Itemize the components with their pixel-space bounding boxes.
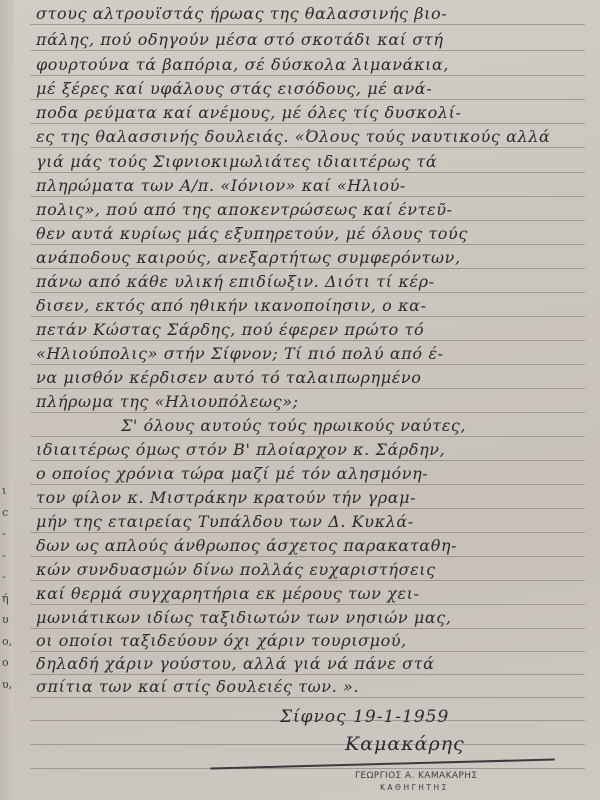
text-line: οι οποίοι ταξιδεύουν όχι χάριν τουρισμού… — [36, 631, 581, 650]
rule-line — [30, 24, 585, 25]
rule-line — [30, 220, 585, 221]
margin-fragment: ο — [2, 652, 14, 674]
rule-line — [30, 75, 585, 76]
text-line: «Ηλιούπολις» στήν Σίφνον; Τί πιό πολύ απ… — [36, 344, 581, 363]
text-line: τον φίλον κ. Μιστράκην κρατούν τήν γραμ- — [36, 488, 581, 507]
text-line: σπίτια των καί στίς δουλειές των. ». — [36, 677, 581, 696]
text-line: ιδιαιτέρως όμως στόν Β' πλοίαρχον κ. Σάρ… — [36, 440, 581, 459]
text-line: δων ως απλούς άνθρωπος άσχετος παρακαταθ… — [36, 536, 581, 555]
text-line: δισεν, εκτός από ηθικήν ικανοποίησιν, ο … — [36, 296, 581, 315]
margin-fragment: c — [2, 502, 14, 524]
margin-fragment: υ, — [2, 674, 14, 696]
rule-line — [30, 744, 585, 745]
handwritten-signature: Καμακάρης — [345, 733, 465, 755]
rule-line — [30, 268, 585, 269]
rule-line — [30, 628, 585, 629]
text-line: μήν της εταιρείας Τυπάλδου των Δ. Κυκλά- — [36, 512, 581, 531]
text-line: θεν αυτά κυρίως μάς εξυπηρετούν, μέ όλου… — [36, 224, 581, 243]
rule-line — [30, 580, 585, 581]
margin-fragment: - — [2, 566, 14, 588]
text-line: μέ ξέρες καί υφάλους στάς εισόδους, μέ α… — [36, 79, 581, 98]
rule-line — [30, 244, 585, 245]
rule-line — [30, 436, 585, 437]
printed-stamp-name: ΓΕΩΡΓΙΟΣ Α. ΚΑΜΑΚΑΡΗΣ — [355, 771, 478, 781]
text-line: γιά μάς τούς Σιφνιοκιμωλιάτες ιδιαιτέρως… — [36, 152, 581, 171]
text-line: να μισθόν κέρδισεν αυτό τό ταλαιπωρημένο — [36, 368, 581, 387]
rule-line — [30, 697, 585, 698]
margin-fragment: ή — [2, 588, 14, 610]
margin-fragment: ο, — [2, 631, 14, 653]
text-line: μωνιάτικων ιδίως ταξιδιωτών των νησιών μ… — [36, 608, 581, 627]
text-line: δηλαδή χάριν γούστου, αλλά γιά νά πάνε σ… — [36, 654, 581, 673]
rule-line — [30, 768, 585, 769]
rule-line — [30, 460, 585, 461]
rule-line — [30, 532, 585, 533]
text-line: φουρτούνα τά βαπόρια, σέ δύσκολα λιμανάκ… — [36, 55, 581, 74]
rule-line — [30, 651, 585, 652]
rule-line — [30, 484, 585, 485]
text-line: πάνω από κάθε υλική επιδίωξιν. Διότι τί … — [36, 272, 581, 291]
text-line: πολις», πού από της αποκεντρώσεως καί έν… — [36, 200, 581, 219]
margin-fragment: ι — [2, 480, 14, 502]
rule-line — [30, 196, 585, 197]
rule-line — [30, 364, 585, 365]
rule-line — [30, 147, 585, 148]
text-line: πετάν Κώστας Σάρδης, πού έφερεν πρώτο τό — [36, 320, 581, 339]
text-line: ο οποίος χρόνια τώρα μαζί μέ τόν αλησμόν… — [36, 464, 581, 483]
margin-fragment: υ — [2, 609, 14, 631]
rule-line — [30, 316, 585, 317]
text-line: πάλης, πού οδηγούν μέσα στό σκοτάδι καί … — [36, 30, 581, 49]
rule-line — [30, 292, 585, 293]
text-line: ες της θαλασσινής δουλειάς. «Όλους τούς … — [36, 127, 581, 146]
rule-line — [30, 508, 585, 509]
text-line: πλήρωμα της «Ηλιουπόλεως»; — [36, 392, 581, 411]
printed-stamp-title: ΚΑΘΗΓΗΤΗΣ — [380, 783, 449, 792]
text-line: κών συνδυασμών δίνω πολλάς ευχαριστήσεις — [36, 560, 581, 579]
rule-line — [30, 123, 585, 124]
text-line: πληρώματα των Α/π. «Ιόνιον» καί «Ηλιού- — [36, 176, 581, 195]
rule-line — [30, 604, 585, 605]
text-line: ποδα ρεύματα καί ανέμους, μέ όλες τίς δυ… — [36, 103, 581, 122]
margin-fragment: - — [2, 523, 14, 545]
place-and-date: Σίφνος 19-1-1959 — [280, 707, 449, 727]
margin-fragment: - — [2, 545, 14, 567]
rule-line — [30, 674, 585, 675]
text-line: ανάποδους καιρούς, ανεξαρτήτως συμφερόντ… — [36, 248, 581, 267]
text-line: καί θερμά συγχαρητήρια εκ μέρους των χει… — [36, 584, 581, 603]
previous-page-text-fragments: ι c - - - ή υ ο, ο υ, — [2, 480, 14, 695]
paragraph-start-line: Σ' όλους αυτούς τούς ηρωικούς ναύτες, — [36, 416, 600, 435]
rule-line — [30, 556, 585, 557]
rule-line — [30, 172, 585, 173]
rule-line — [30, 99, 585, 100]
rule-line — [30, 412, 585, 413]
rule-line — [30, 50, 585, 51]
rule-line — [30, 340, 585, 341]
text-line: στους αλτρουϊστάς ήρωας της θαλασσινής β… — [36, 4, 581, 23]
rule-line — [30, 388, 585, 389]
